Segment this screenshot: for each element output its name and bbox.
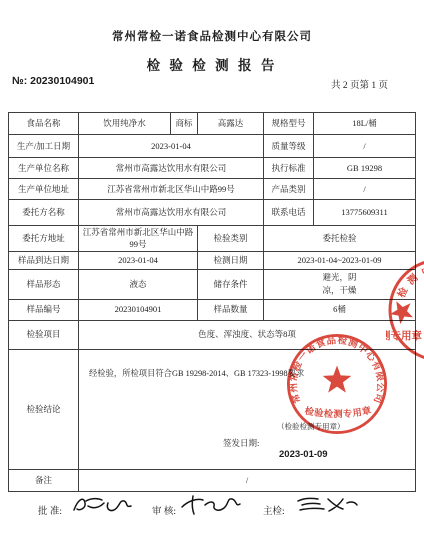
chief-label: 主检:: [263, 503, 285, 517]
page-count: 共 2 页第 1 页: [331, 77, 388, 91]
food-name-label: 食品名称: [9, 113, 79, 135]
remark-label: 备注: [9, 469, 79, 491]
product-category-value: /: [314, 179, 416, 200]
table-row: 样品编号 20230104901 样品数量 6桶: [9, 299, 416, 320]
sample-qty-value: 6桶: [264, 299, 416, 320]
exec-standard-label: 执行标准: [264, 158, 314, 179]
partial-seal-char: 中: [420, 263, 424, 279]
report-number-value: 20230104901: [30, 75, 94, 87]
spec-label: 规格型号: [264, 113, 314, 135]
producer-name-label: 生产单位名称: [9, 158, 79, 179]
trademark-value: 高露达: [198, 113, 264, 135]
report-number-label: №:: [12, 75, 27, 87]
report-number: №: 20230104901: [12, 75, 94, 87]
sample-no-label: 样品编号: [9, 299, 79, 320]
producer-address-value: 江苏省常州市新北区华山中路99号: [79, 179, 264, 200]
table-row: 食品名称 饮用纯净水 商标 高露达 规格型号 18L/桶: [9, 113, 416, 135]
exec-standard-value: GB 19298: [314, 158, 416, 179]
table-row: 生产单位地址 江苏省常州市新北区华山中路99号 产品类别 /: [9, 179, 416, 200]
remark-value: /: [79, 469, 416, 491]
conclusion-cell: 经检验，所检项目符合GB 19298-2014、GB 17323-1998要求 …: [79, 349, 416, 469]
sample-form-value: 液态: [79, 269, 198, 299]
test-items-value: 色度、浑浊度、状态等8项: [79, 320, 416, 349]
table-row: 检验结论 经检验，所检项目符合GB 19298-2014、GB 17323-19…: [9, 349, 416, 469]
report-table: 食品名称 饮用纯净水 商标 高露达 规格型号 18L/桶 生产/加工日期 202…: [8, 112, 416, 492]
sample-qty-label: 样品数量: [198, 299, 264, 320]
client-name-label: 委托方名称: [9, 200, 79, 226]
producer-name-value: 常州市高露达饮用水有限公司: [79, 158, 264, 179]
storage-condition-value: 避光，阴凉，干燥: [264, 269, 416, 299]
page-title: 检 验 检 测 报 告: [0, 54, 424, 74]
table-row: 备注 /: [9, 469, 416, 491]
table-row: 生产单位名称 常州市高露达饮用水有限公司 执行标准 GB 19298: [9, 158, 416, 179]
conclusion-label: 检验结论: [9, 349, 79, 469]
storage-condition-label: 储存条件: [198, 269, 264, 299]
seal-note: （检验检测专用章）: [277, 422, 345, 433]
issue-date-label: 签发日期:: [223, 437, 259, 449]
approve-signature: [70, 492, 136, 520]
food-name-value: 饮用纯净水: [79, 113, 171, 135]
table-row: 样品到达日期 2023-01-04 检测日期 2023-01-04~2023-0…: [9, 251, 416, 269]
report-page: 常州常检一诺食品检测中心有限公司 检 验 检 测 报 告 №: 20230104…: [0, 0, 424, 557]
production-date-label: 生产/加工日期: [9, 135, 79, 158]
review-label: 审 核:: [152, 503, 176, 517]
production-date-value: 2023-01-04: [79, 135, 264, 158]
contact-phone-label: 联系电话: [264, 200, 314, 226]
storage-condition-text: 避光，阴凉，干燥: [317, 271, 363, 297]
contact-phone-value: 13775609311: [314, 200, 416, 226]
table-row: 样品形态 液态 储存条件 避光，阴凉，干燥: [9, 269, 416, 299]
sample-form-label: 样品形态: [9, 269, 79, 299]
spec-value: 18L/桶: [314, 113, 416, 135]
inspection-type-label: 检验类别: [198, 226, 264, 252]
producer-address-label: 生产单位地址: [9, 179, 79, 200]
client-address-label: 委托方地址: [9, 226, 79, 252]
table-row: 委托方地址 江苏省常州市新北区华山中路99号 检验类别 委托检验: [9, 226, 416, 252]
sample-arrival-label: 样品到达日期: [9, 251, 79, 269]
table-row: 检验项目 色度、浑浊度、状态等8项: [9, 320, 416, 349]
client-address-value: 江苏省常州市新北区华山中路99号: [79, 226, 198, 252]
conclusion-text: 经检验，所检项目符合GB 19298-2014、GB 17323-1998要求: [89, 368, 304, 380]
issue-date-value: 2023-01-09: [279, 448, 328, 462]
company-name: 常州常检一诺食品检测中心有限公司: [0, 28, 424, 44]
test-date-label: 检测日期: [198, 251, 264, 269]
client-name-value: 常州市高露达饮用水有限公司: [79, 200, 264, 226]
quality-grade-value: /: [314, 135, 416, 158]
sample-no-value: 20230104901: [79, 299, 198, 320]
trademark-label: 商标: [171, 113, 198, 135]
sample-arrival-value: 2023-01-04: [79, 251, 198, 269]
test-items-label: 检验项目: [9, 320, 79, 349]
approve-label: 批 准:: [38, 503, 62, 517]
quality-grade-label: 质量等级: [264, 135, 314, 158]
table-row: 委托方名称 常州市高露达饮用水有限公司 联系电话 13775609311: [9, 200, 416, 226]
inspection-type-value: 委托检验: [264, 226, 416, 252]
table-row: 生产/加工日期 2023-01-04 质量等级 /: [9, 135, 416, 158]
product-category-label: 产品类别: [264, 179, 314, 200]
test-date-value: 2023-01-04~2023-01-09: [264, 251, 416, 269]
chief-signature: [294, 492, 360, 520]
review-signature: [178, 492, 244, 520]
